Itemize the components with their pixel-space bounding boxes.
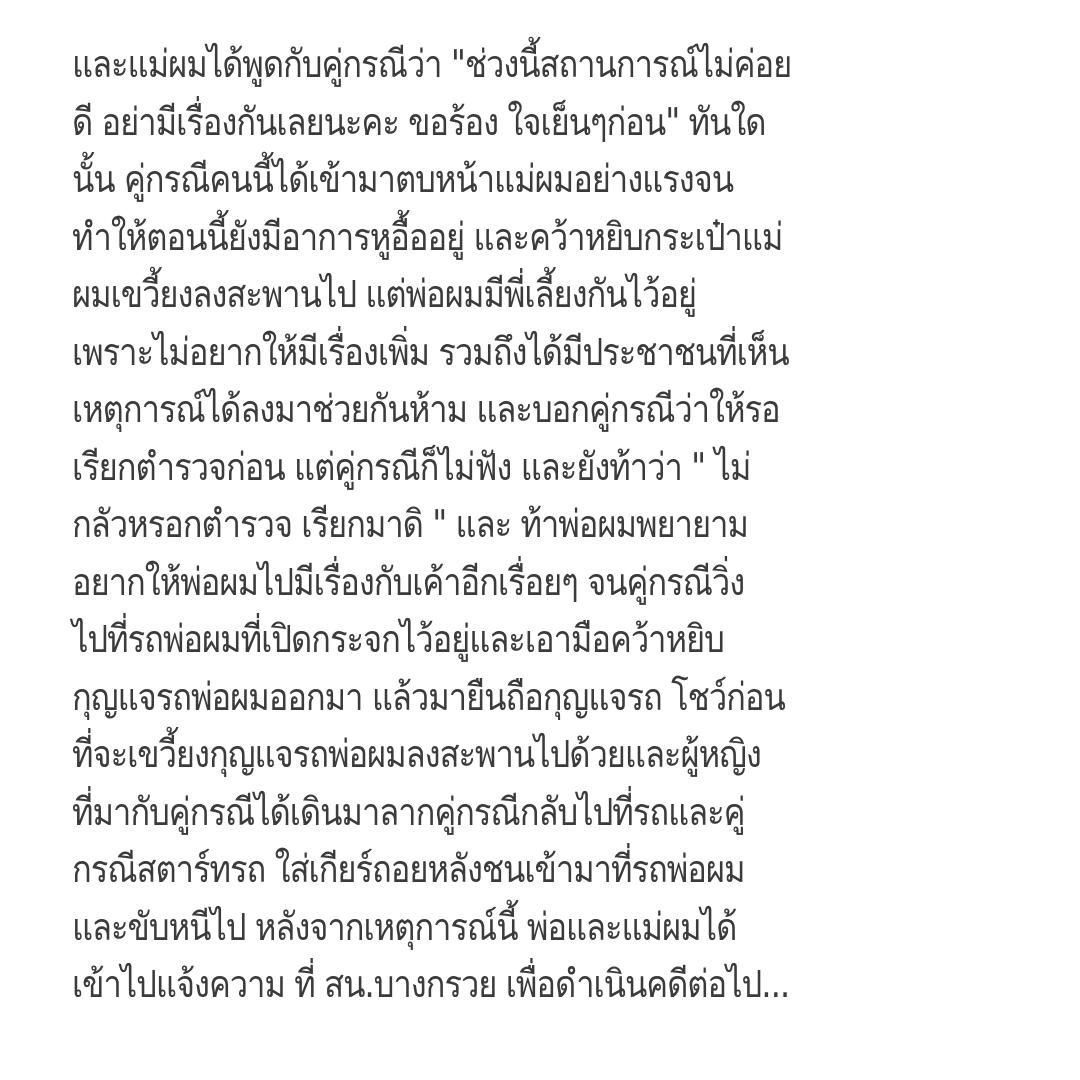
text-line-14: ที่มากับคู่กรณีได้เดินมาลากคู่กรณีกลับไป… <box>72 784 898 842</box>
text-line-8: เรียกตำรวจก่อน แต่คู่กรณีก็ไม่ฟัง และยัง… <box>72 439 898 497</box>
text-line-6: เพราะไม่อยากให้มีเรื่องเพิ่ม รวมถึงได้มี… <box>72 324 898 382</box>
document-body: และแม่ผมได้พูดกับคู่กรณีว่า "ช่วงนี้สถาน… <box>72 36 1032 1014</box>
text-line-13: ที่จะเขวี้ยงกุญแจรถพ่อผมลงสะพานไปด้วยและ… <box>72 726 898 784</box>
text-line-1: และแม่ผมได้พูดกับคู่กรณีว่า "ช่วงนี้สถาน… <box>72 36 898 94</box>
text-line-5: ผมเขวี้ยงลงสะพานไป แต่พ่อผมมีพี่เลี้ยงกั… <box>72 266 898 324</box>
text-line-11: ไปที่รถพ่อผมที่เปิดกระจกไว้อยู่และเอามือ… <box>72 611 898 669</box>
text-line-7: เหตุการณ์ได้ลงมาช่วยกันห้าม และบอกคู่กรณ… <box>72 381 898 439</box>
text-line-12: กุญแจรถพ่อผมออกมา แล้วมายืนถือกุญแจรถ โช… <box>72 669 898 727</box>
text-line-16: และขับหนีไป หลังจากเหตุการณ์นี้ พ่อและแม… <box>72 899 898 957</box>
text-line-10: อยากให้พ่อผมไปมีเรื่องกับเค้าอีกเรื่อยๆ … <box>72 554 898 612</box>
text-line-15: กรณีสตาร์ทรถ ใส่เกียร์ถอยหลังชนเข้ามาที่… <box>72 841 898 899</box>
text-line-17: เข้าไปแจ้งความ ที่ สน.บางกรวย เพื่อดำเนิ… <box>72 956 898 1014</box>
text-line-2: ดี อย่ามีเรื่องกันเลยนะคะ ขอร้อง ใจเย็นๆ… <box>72 94 898 152</box>
text-line-4: ทำให้ตอนนี้ยังมีอาการหูอื้ออยู่ และคว้าห… <box>72 209 898 267</box>
text-line-3: นั้น คู่กรณีคนนี้ได้เข้ามาตบหน้าแม่ผมอย่… <box>72 151 898 209</box>
text-line-9: กลัวหรอกตำรวจ เรียกมาดิ " และ ท้าพ่อผมพย… <box>72 496 898 554</box>
